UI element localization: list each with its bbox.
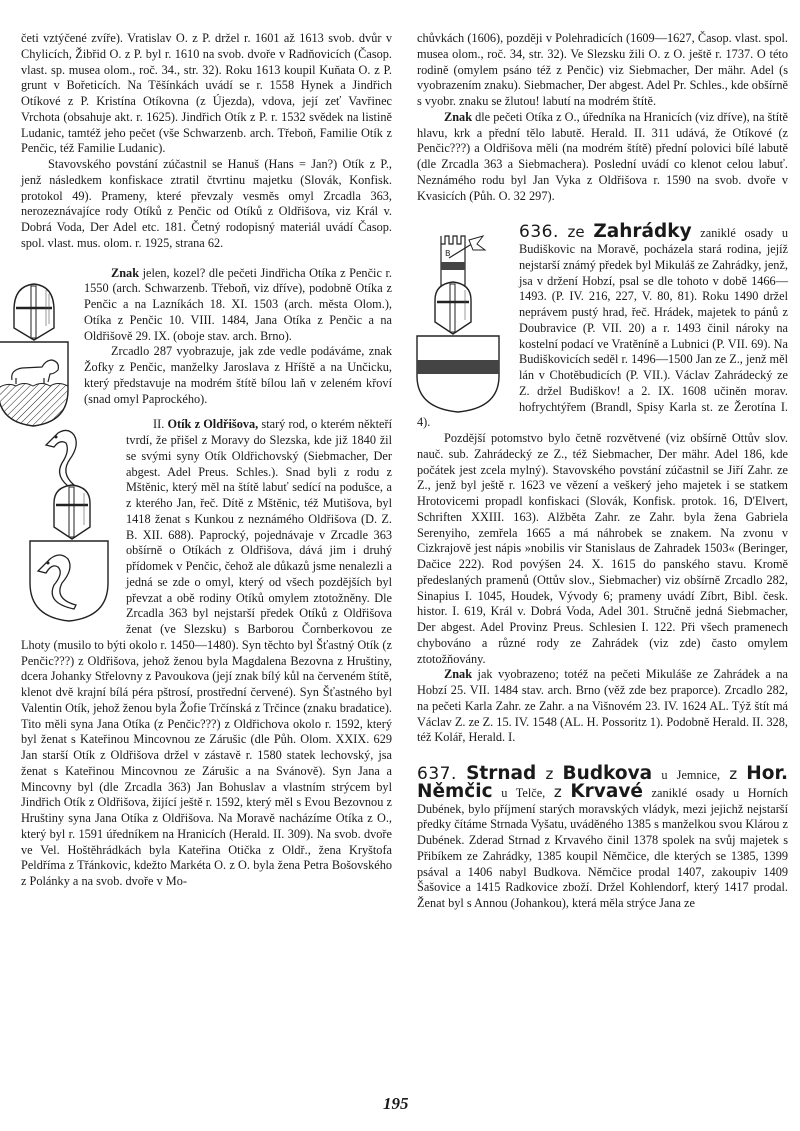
entry-prefix: ze: [568, 223, 585, 241]
entry-number: 636.: [519, 222, 559, 242]
entry-title: Krvavé: [570, 781, 643, 802]
paragraph: Zrcadlo 287 vyobrazuje, jak zde vedle po…: [21, 344, 392, 407]
section-title: Otík z Oldřišova,: [167, 417, 258, 431]
coat-of-arms-icon-tower: B: [413, 230, 505, 415]
paragraph: četi vztýčené zvíře). Vratislav O. z P. …: [21, 31, 392, 157]
page-number: 195: [383, 1094, 409, 1114]
section-paragraph: II. Otík z Oldřišova, starý rod, o které…: [21, 417, 392, 890]
znak-paragraph: Znak jelen, kozel? dle pečeti Jindřicha …: [21, 266, 392, 345]
svg-text:B: B: [445, 249, 451, 258]
paragraph: Pozdější potomstvo bylo četně rozvětvené…: [417, 431, 788, 667]
znak-paragraph: Znak jak vyobrazeno; totéž na pečeti Mik…: [417, 667, 788, 746]
coat-of-arms-icon-swan: [24, 423, 114, 623]
entry-636: 636. ze Zahrádky B zaniklé osady u Budiš…: [417, 224, 788, 431]
coat-of-arms-icon-penčic: [0, 280, 72, 430]
znak-label: Znak: [444, 667, 472, 681]
left-column: četi vztýčené zvíře). Vratislav O. z P. …: [21, 31, 392, 890]
paragraph: chůvkách (1606), později v Polehradicích…: [417, 31, 788, 110]
paragraph: Stavovského povstání zúčastnil se Hanuš …: [21, 157, 392, 252]
section-number: II.: [153, 417, 164, 431]
entry-title: Zahrádky: [593, 221, 691, 242]
znak-label: Znak: [444, 110, 472, 124]
entry-637: 637. Strnad z Budkova u Jemnice, z Hor. …: [417, 766, 788, 912]
right-column: chůvkách (1606), později v Polehradicích…: [417, 31, 788, 912]
znak-label: Znak: [111, 266, 139, 280]
znak-paragraph: Znak dle pečeti Otíka z O., úředníka na …: [417, 110, 788, 205]
